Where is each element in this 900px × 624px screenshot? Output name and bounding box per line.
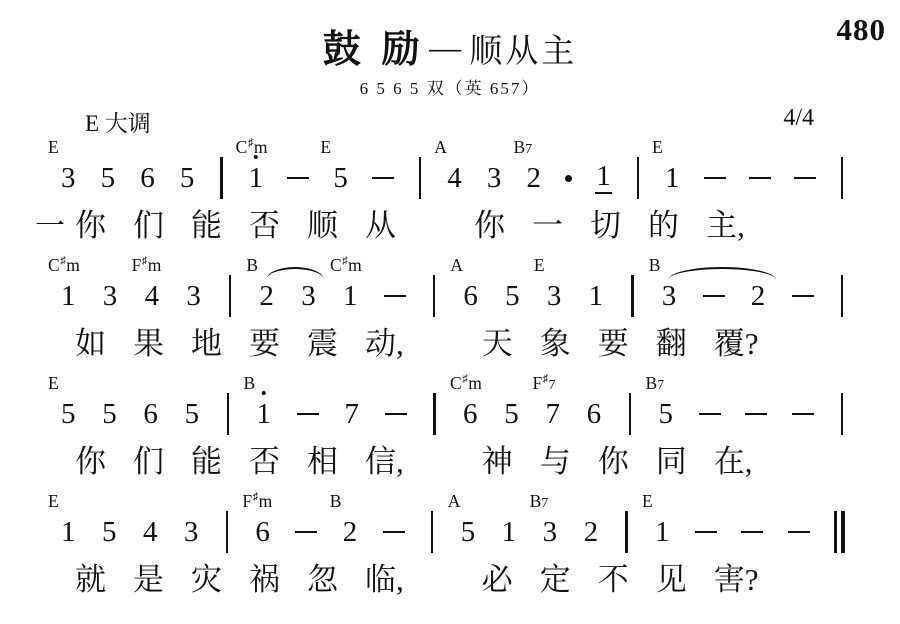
- lyric-syllable: 害?: [714, 561, 759, 605]
- notes-row: 3E5651C♯m5E4A32B711E: [60, 159, 845, 197]
- lyric-syllable: 信,: [365, 443, 404, 487]
- barline: [629, 275, 635, 317]
- lyric-syllable: 能: [191, 207, 222, 251]
- note: 4F♯m: [144, 282, 161, 311]
- note: 6C♯m: [462, 400, 479, 429]
- note: 5A: [460, 518, 477, 547]
- lyric-syllable: 忽: [307, 561, 338, 605]
- chord-label: B: [330, 493, 342, 511]
- sustain-dash: [384, 295, 406, 298]
- lyrics-row: 你们能否相信,神与你同在,: [60, 443, 845, 487]
- lyric-syllable: 灾: [191, 561, 222, 605]
- lyric-syllable: 的: [648, 207, 679, 251]
- sustain-dash: [699, 413, 721, 416]
- lyric-syllable: 天: [482, 325, 513, 369]
- music-line: 3E5651C♯m5E4A32B711E一你们能否顺从你一切的主,: [60, 159, 845, 251]
- barline: [224, 511, 230, 553]
- lyric-syllable: 你: [75, 207, 106, 251]
- lyric-syllable: 见: [656, 561, 687, 605]
- music-line: 1C♯m34F♯m32B31C♯m6A53E13B2如果地要震动,天象要翻覆?: [60, 277, 845, 369]
- sharp-icon: ♯: [60, 255, 66, 267]
- lyric-syllable: 与: [540, 443, 571, 487]
- sustain-dash: [385, 413, 407, 416]
- lyric-syllable: 在,: [714, 443, 753, 487]
- sustain-dash: [703, 295, 725, 298]
- key-signature-label: E 大调: [85, 105, 151, 138]
- lyrics-row: 就是灾祸忽临,必定不见害?: [60, 561, 845, 605]
- high-octave-dot: [262, 391, 267, 396]
- music-line: 1E5436F♯m2B5A13B721E就是灾祸忽临,必定不见害?: [60, 513, 845, 605]
- meter-info: 6 5 6 5 双（英 657）: [0, 74, 900, 99]
- note: 5: [100, 164, 117, 193]
- lyric-group: 必定不见害?: [482, 561, 759, 605]
- sustain-dash: [383, 531, 405, 534]
- note: 5: [101, 518, 118, 547]
- chord-label: E: [320, 139, 331, 157]
- lyric-syllable: 能: [191, 443, 222, 487]
- time-signature: 4/4: [783, 105, 814, 132]
- note: 1E: [664, 164, 681, 193]
- note: 5: [503, 400, 520, 429]
- lyric-syllable: 要: [598, 325, 629, 369]
- chord-label: E: [534, 257, 545, 275]
- chord-label: B7: [530, 493, 548, 511]
- notes-row: 5E5651B76C♯m57F♯765B7: [60, 395, 845, 433]
- sustain-dash: [745, 413, 767, 416]
- augmentation-dot: [565, 175, 572, 182]
- chord-label: F♯m: [242, 492, 272, 510]
- lyric-syllable: 们: [133, 207, 164, 251]
- note: 1B: [256, 400, 273, 429]
- lyric-syllable: 是: [133, 561, 164, 605]
- note: 4A: [446, 164, 463, 193]
- lyric-syllable: 一: [532, 207, 563, 251]
- lyric-syllable: 要: [249, 325, 280, 369]
- sustain-dash: [695, 531, 717, 534]
- lyric-syllable: 不: [598, 561, 629, 605]
- note: 5: [184, 400, 201, 429]
- note: 1: [595, 162, 612, 194]
- note: 3: [185, 282, 202, 311]
- note: 1C♯m: [60, 282, 77, 311]
- barline: [839, 275, 845, 317]
- sharp-icon: ♯: [543, 373, 549, 385]
- sustain-dash: [794, 177, 816, 180]
- chord-label: C♯m: [450, 374, 482, 392]
- final-barline: [834, 511, 845, 553]
- note: 5E: [60, 400, 77, 429]
- chord-label: E: [48, 493, 59, 511]
- chord-label: E: [48, 375, 59, 393]
- sustain-dash: [372, 177, 394, 180]
- note: 5: [101, 400, 118, 429]
- verse-number: 一: [35, 209, 65, 245]
- lyric-syllable: 切: [590, 207, 621, 251]
- note: 1E: [654, 518, 671, 547]
- hymn-title: 鼓励: [323, 29, 441, 71]
- barline: [417, 157, 423, 199]
- note: 6A: [462, 282, 479, 311]
- chord-label: B: [649, 257, 661, 275]
- note: 3: [102, 282, 119, 311]
- chord-label: E: [48, 139, 59, 157]
- note: 6: [142, 400, 159, 429]
- note: 2B: [342, 518, 359, 547]
- lyric-syllable: 否: [249, 443, 280, 487]
- sustain-dash: [741, 531, 763, 534]
- note: 3: [300, 282, 317, 311]
- chord-label: B7: [514, 139, 532, 157]
- title-dash: —: [429, 29, 461, 65]
- note: 5B7: [658, 400, 675, 429]
- chord-label: F♯m: [132, 256, 162, 274]
- chord-label: C♯m: [48, 256, 80, 274]
- barline: [839, 157, 845, 199]
- sustain-dash: [704, 177, 726, 180]
- key-row: E 大调 4/4: [0, 105, 900, 133]
- note: 2: [750, 282, 767, 311]
- lyric-syllable: 如: [75, 325, 106, 369]
- chord-label: B7: [646, 375, 664, 393]
- sustain-dash: [792, 295, 814, 298]
- lyric-group: 如果地要震动,: [75, 325, 404, 369]
- lyric-syllable: 你: [598, 443, 629, 487]
- lyric-syllable: 临,: [365, 561, 404, 605]
- lyric-syllable: 象: [540, 325, 571, 369]
- music-lines: 3E5651C♯m5E4A32B711E一你们能否顺从你一切的主,1C♯m34F…: [0, 159, 900, 605]
- lyric-syllable: 翻: [656, 325, 687, 369]
- note: 1: [501, 518, 518, 547]
- sustain-dash: [749, 177, 771, 180]
- note: 2: [583, 518, 600, 547]
- lyric-syllable: 否: [249, 207, 280, 251]
- chord-label: C♯m: [236, 138, 268, 156]
- lyric-syllable: 顺: [307, 207, 338, 251]
- lyrics-row: 一你们能否顺从你一切的主,: [60, 207, 845, 251]
- note: 5E: [332, 164, 349, 193]
- lyric-group: 神与你同在,: [482, 443, 753, 487]
- barline: [627, 393, 633, 435]
- sharp-icon: ♯: [462, 373, 468, 385]
- lyric-syllable: 必: [482, 561, 513, 605]
- note: 3B7: [542, 518, 559, 547]
- chord-label: F♯7: [532, 374, 555, 392]
- barline: [624, 511, 630, 553]
- barline: [225, 393, 231, 435]
- sustain-dash: [297, 413, 319, 416]
- chord-label: A: [434, 139, 447, 157]
- lyric-syllable: 动,: [365, 325, 404, 369]
- lyric-syllable: 祸: [249, 561, 280, 605]
- barline: [431, 275, 437, 317]
- lyric-syllable: 覆?: [714, 325, 759, 369]
- lyric-syllable: 们: [133, 443, 164, 487]
- note: 3B: [661, 282, 678, 311]
- chord-label: A: [450, 257, 463, 275]
- page-number: 480: [837, 12, 887, 48]
- lyric-syllable: 主,: [706, 207, 745, 251]
- lyric-syllable: 果: [133, 325, 164, 369]
- notes-row: 1E5436F♯m2B5A13B721E: [60, 513, 845, 551]
- note: 3E: [546, 282, 563, 311]
- lyric-group: 你一切的主,: [474, 207, 745, 251]
- lyric-group: 你们能否顺从: [75, 207, 396, 251]
- barline: [227, 275, 233, 317]
- lyric-syllable: 神: [482, 443, 513, 487]
- barline: [429, 511, 435, 553]
- note: 3: [183, 518, 200, 547]
- chord-label: C♯m: [330, 256, 362, 274]
- note: 1E: [60, 518, 77, 547]
- barline: [839, 393, 845, 435]
- sharp-icon: ♯: [142, 255, 148, 267]
- note: 5: [504, 282, 521, 311]
- lyric-syllable: 就: [75, 561, 106, 605]
- lyrics-row: 如果地要震动,天象要翻覆?: [60, 325, 845, 369]
- note: 7: [343, 400, 360, 429]
- lyric-syllable: 定: [540, 561, 571, 605]
- note: 7F♯7: [544, 400, 561, 429]
- sharp-icon: ♯: [342, 255, 348, 267]
- sustain-dash: [295, 531, 317, 534]
- barline: [635, 157, 641, 199]
- sustain-dash: [792, 413, 814, 416]
- title-row: 鼓励—顺从主: [0, 0, 900, 62]
- notes-row: 1C♯m34F♯m32B31C♯m6A53E13B2: [60, 277, 845, 315]
- note: 6F♯m: [254, 518, 271, 547]
- note: 6: [586, 400, 603, 429]
- slur-arc: [266, 267, 324, 280]
- note: 2B: [258, 282, 275, 311]
- chord-label: A: [448, 493, 461, 511]
- sustain-dash: [287, 177, 309, 180]
- chord-label: E: [642, 493, 653, 511]
- hymn-sheet-page: 480 鼓励—顺从主 6 5 6 5 双（英 657） E 大调 4/4 3E5…: [0, 0, 900, 624]
- note: 4: [142, 518, 159, 547]
- lyric-group: 就是灾祸忽临,: [75, 561, 404, 605]
- note: 2B7: [526, 164, 543, 193]
- chord-label: B: [246, 257, 258, 275]
- note: 1C♯m: [248, 164, 265, 193]
- lyric-group: 你们能否相信,: [75, 443, 404, 487]
- sharp-icon: ♯: [253, 491, 259, 503]
- lyric-syllable: 同: [656, 443, 687, 487]
- lyric-syllable: 震: [307, 325, 338, 369]
- lyric-group: 天象要翻覆?: [482, 325, 759, 369]
- lyric-syllable: 你: [474, 207, 505, 251]
- lyric-syllable: 相: [307, 443, 338, 487]
- hymn-subtitle-name: 顺从主: [469, 34, 577, 70]
- barline: [431, 393, 437, 435]
- note: 5: [179, 164, 196, 193]
- music-line: 5E5651B76C♯m57F♯765B7你们能否相信,神与你同在,: [60, 395, 845, 487]
- note: 6: [139, 164, 156, 193]
- chord-label: E: [652, 139, 663, 157]
- lyric-syllable: 从: [365, 207, 396, 251]
- sustain-dash: [788, 531, 810, 534]
- slur-arc: [668, 267, 776, 280]
- note: 1C♯m: [342, 282, 359, 311]
- note: 3: [486, 164, 503, 193]
- note: 3E: [60, 164, 77, 193]
- sharp-icon: ♯: [248, 137, 254, 149]
- chord-label: B: [244, 375, 256, 393]
- lyric-syllable: 地: [191, 325, 222, 369]
- lyric-syllable: 你: [75, 443, 106, 487]
- barline: [219, 157, 225, 199]
- note: 1: [588, 282, 605, 311]
